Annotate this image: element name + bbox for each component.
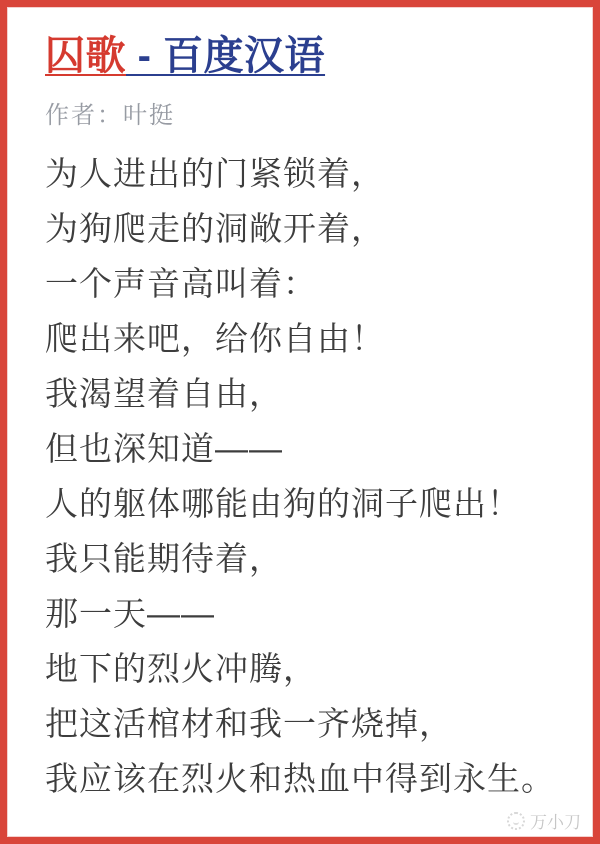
poem-line: 爬出来吧，给你自由！ bbox=[45, 311, 565, 366]
poem-line: 一个声音高叫着： bbox=[45, 256, 565, 311]
watermark-name: 万小刀 bbox=[530, 808, 581, 833]
wanxiaodao-logo-icon bbox=[507, 812, 525, 830]
poem-line: 地下的烈火冲腾， bbox=[45, 641, 565, 696]
poem-line: 为人进出的门紧锁着， bbox=[45, 146, 565, 201]
title-source-text[interactable]: - 百度汉语 bbox=[126, 34, 325, 78]
screenshot-card: 囚歌 - 百度汉语 作者：叶挺 为人进出的门紧锁着， 为狗爬走的洞敞开着， 一个… bbox=[0, 0, 600, 844]
poem-line: 我只能期待着， bbox=[45, 531, 565, 586]
poem-line: 但也深知道—— bbox=[45, 421, 565, 476]
poem-line: 把这活棺材和我一齐烧掉， bbox=[45, 696, 565, 751]
poem-line: 我应该在烈火和热血中得到永生。 bbox=[45, 751, 565, 806]
author-label: 作者：叶挺 bbox=[45, 95, 565, 130]
poem-body: 为人进出的门紧锁着， 为狗爬走的洞敞开着， 一个声音高叫着： 爬出来吧，给你自由… bbox=[45, 146, 565, 806]
search-result-title-link[interactable]: 囚歌 - 百度汉语 bbox=[45, 33, 565, 79]
poem-line: 我渴望着自由， bbox=[45, 366, 565, 421]
poem-line: 那一天—— bbox=[45, 586, 565, 641]
poem-line: 为狗爬走的洞敞开着， bbox=[45, 201, 565, 256]
poem-line: 人的躯体哪能由狗的洞子爬出！ bbox=[45, 476, 565, 531]
content-area: 囚歌 - 百度汉语 作者：叶挺 为人进出的门紧锁着， 为狗爬走的洞敞开着， 一个… bbox=[7, 7, 593, 806]
title-query-text[interactable]: 囚歌 bbox=[45, 34, 126, 78]
watermark: 万小刀 bbox=[507, 808, 581, 833]
